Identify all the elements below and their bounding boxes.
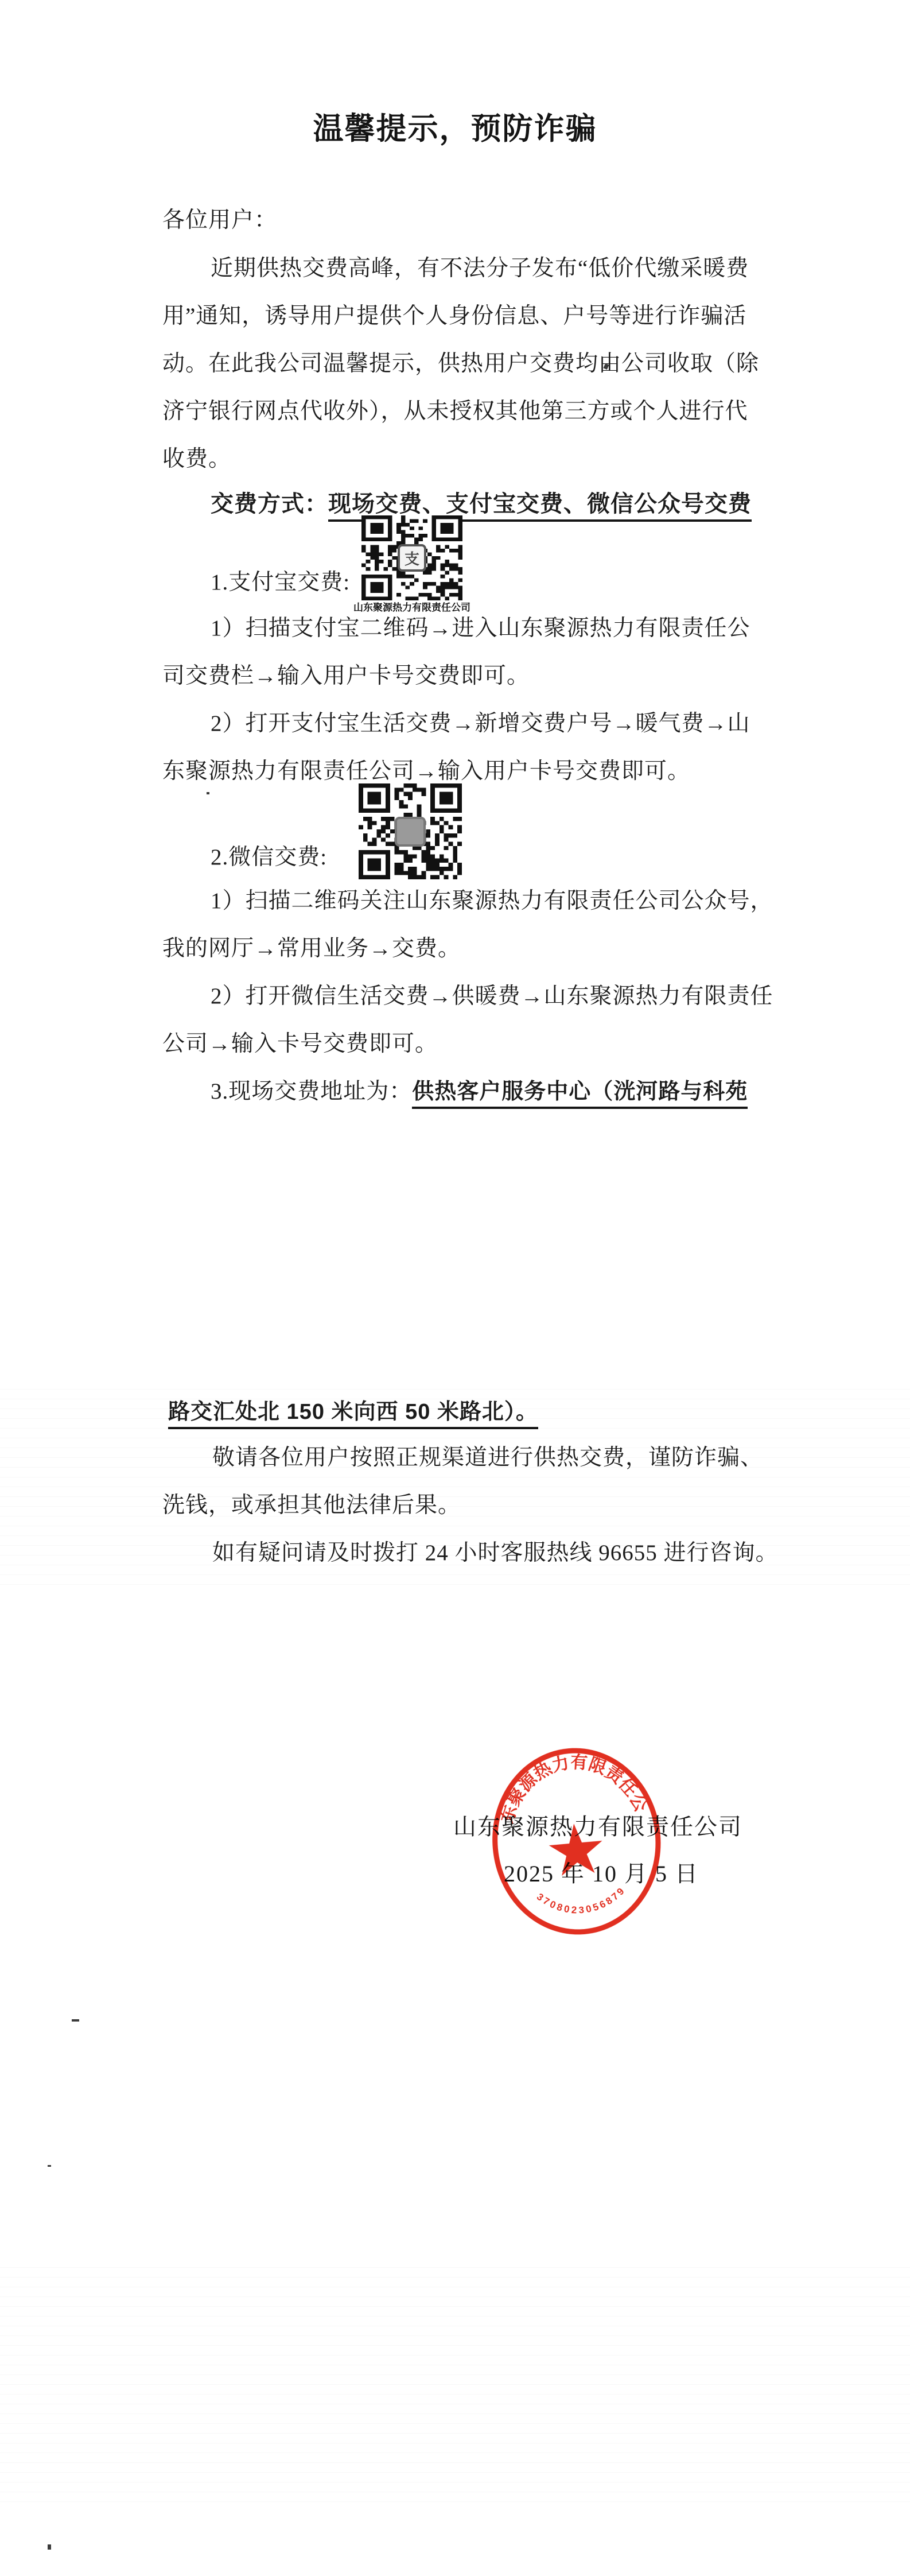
paragraph-line: 1）扫描支付宝二维码→进入山东聚源热力有限责任公 (211, 616, 750, 641)
onsite-address-line2: 路交汇处北 150 米向西 50 米路北）。 (168, 1399, 538, 1425)
svg-text:山东聚源热力有限责任公司: 山东聚源热力有限责任公司 (476, 1732, 651, 1829)
alipay-section-heading: 1.支付宝交费: (211, 570, 350, 595)
onsite-address-underlined-2: 路交汇处北 150 米向西 50 米路北）。 (168, 1400, 538, 1429)
payment-methods-line: 交费方式：现场交费、支付宝交费、微信公众号交费 (211, 491, 752, 517)
company-seal-stamp: 山东聚源热力有限责任公司 3708023056879 (476, 1732, 677, 1954)
paragraph-line: 东聚源热力有限责任公司→输入用户卡号交费即可。 (162, 759, 690, 784)
paragraph-line: 收费。 (162, 447, 231, 472)
wechat-qr-code (359, 783, 462, 879)
paragraph-line: 近期供热交费高峰，有不法分子发布“低价代缴采暖费 (211, 256, 749, 281)
scan-speck (48, 2544, 51, 2550)
seal-serial-number: 3708023056879 (534, 1884, 630, 1919)
alipay-qr-caption: 山东聚源热力有限责任公司 (349, 599, 475, 614)
onsite-address-underlined: 供热客户服务中心（洸河路与科苑 (412, 1080, 748, 1109)
paragraph-line: 敬请各位用户按照正规渠道进行供热交费，谨防诈骗、 (212, 1445, 763, 1471)
scan-noise-band (0, 2267, 910, 2508)
scan-speck (72, 2019, 79, 2022)
paragraph-line: 我的网厅→常用业务→交费。 (162, 936, 461, 961)
salutation: 各位用户： (162, 208, 277, 233)
svg-text:3708023056879: 3708023056879 (534, 1884, 630, 1919)
paragraph-line: 公司→输入卡号交费即可。 (162, 1031, 438, 1057)
paragraph-line: 洗钱，或承担其他法律后果。 (162, 1493, 461, 1518)
wechat-section-heading: 2.微信交费: (211, 845, 327, 870)
page-title: 温馨提示，预防诈骗 (0, 104, 910, 148)
scan-speck (207, 792, 209, 794)
onsite-address-line: 3.现场交费地址为：供热客户服务中心（洸河路与科苑 (211, 1079, 748, 1104)
paragraph-line: 1）扫描二维码关注山东聚源热力有限责任公司公众号， (211, 889, 773, 914)
paragraph-line: 用”通知，诱导用户提供个人身份信息、户号等进行诈骗活 (162, 304, 746, 329)
paragraph-line: 2）打开支付宝生活交费→新增交费户号→暖气费→山 (211, 711, 750, 736)
onsite-address-label: 3.现场交费地址为： (211, 1079, 412, 1104)
seal-arc-text: 山东聚源热力有限责任公司 (476, 1732, 651, 1829)
paragraph-line: 动。在此我公司温馨提示，供热用户交费均由公司收取（除 (162, 351, 759, 377)
alipay-qr-code: 支 (361, 515, 462, 600)
scan-speck (48, 2165, 51, 2167)
paragraph-line: 济宁银行网点代收外），从未授权其他第三方或个人进行代 (162, 399, 748, 424)
alipay-logo-icon: 支 (398, 544, 426, 572)
payment-methods-label: 交费方式： (211, 491, 328, 517)
hotline-line: 如有疑问请及时拨打 24 小时客服热线 96655 进行咨询。 (212, 1541, 779, 1566)
seal-star-icon (547, 1821, 605, 1876)
paragraph-line: 2）打开微信生活交费→供暖费→山东聚源热力有限责任 (211, 984, 773, 1009)
scanned-notice-page: 温馨提示，预防诈骗 各位用户： 近期供热交费高峰，有不法分子发布“低价代缴采暖费… (0, 0, 910, 2576)
wechat-logo-icon (395, 817, 426, 847)
paragraph-line: 司交费栏→输入用户卡号交费即可。 (162, 664, 530, 689)
